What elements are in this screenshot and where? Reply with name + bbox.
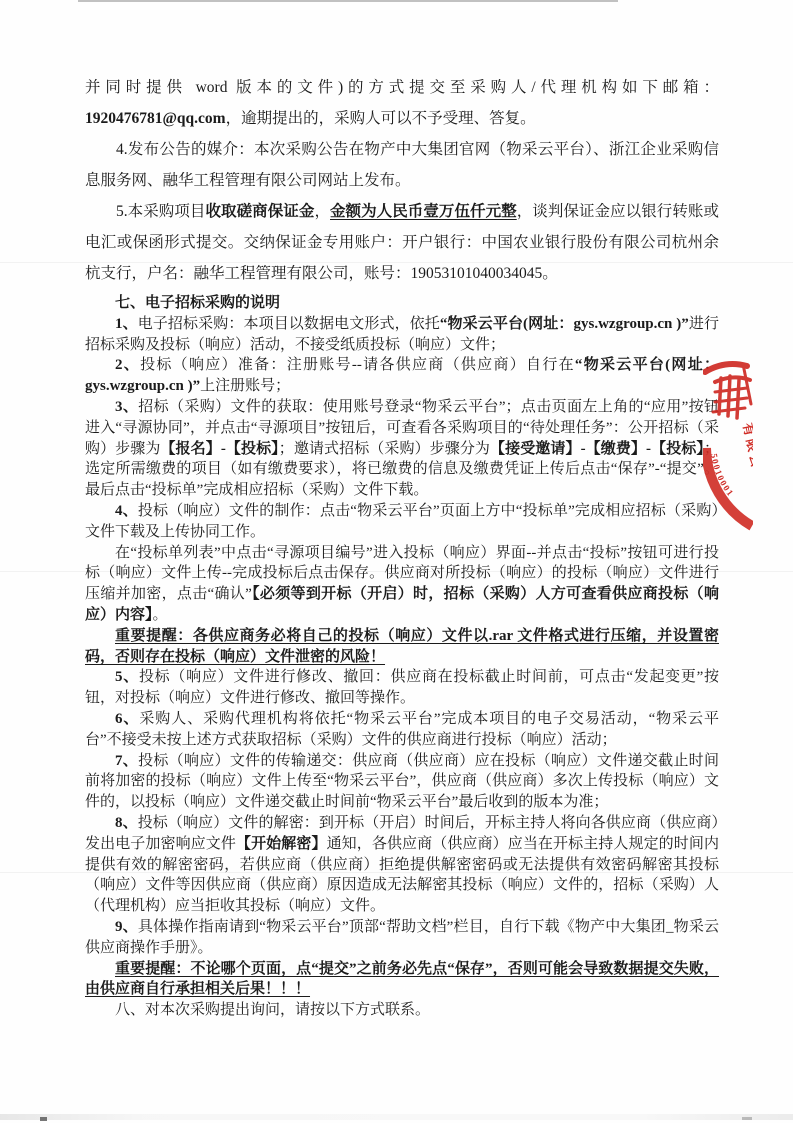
- text-run: 重要提醒：不论哪个页面，点“提交”之前务必先点“保存”，否则可能会导致数据提交失…: [85, 961, 719, 998]
- text-run: ，: [314, 203, 330, 220]
- scan-speck: [40, 1117, 47, 1121]
- text-run: 投标（响应）文件的传输递交：供应商（供应商）应在投标（响应）文件递交截止时间前将…: [85, 753, 719, 811]
- paragraph: 6、采购人、采购代理机构将依托“物采云平台”完成本项目的电子交易活动，“物采云平…: [85, 709, 719, 751]
- text-run: 上注册账号；: [200, 378, 290, 394]
- text-run: 3、: [115, 399, 138, 415]
- scan-artifact-top: [78, 0, 618, 2]
- paragraph: 8、投标（响应）文件的解密：到开标（开启）时间后，开标主持人将向各供应商（供应商…: [85, 813, 719, 917]
- paragraph: 1、电子招标采购：本项目以数据电文形式，依托“物采云平台(网址：gys.wzgr…: [85, 314, 719, 356]
- section-intro: 并同时提供 word 版本的文件)的方式提交至采购人/代理机构如下邮箱：1920…: [85, 72, 719, 289]
- text-run: 1、: [115, 316, 138, 332]
- text-run: 2、: [115, 357, 140, 373]
- text-run: 5、: [115, 669, 139, 685]
- scan-speck: [742, 1117, 752, 1120]
- text-run: 【报名】-【投标】: [160, 441, 278, 457]
- text-run: 投标（响应）文件的制作：点击“物采云平台”页面上方中“投标单”完成相应招标（采购…: [85, 503, 719, 540]
- paragraph: 在“投标单列表”中点击“寻源项目编号”进入投标（响应）界面--并点击“投标”按钮…: [85, 543, 719, 626]
- text-run: 收取磋商保证金: [206, 203, 315, 220]
- text-run: 金额为人民币壹万伍仟元整: [330, 203, 517, 220]
- paragraph: 3、招标（采购）文件的获取：使用账号登录“物采云平台”；点击页面左上角的“应用”…: [85, 397, 719, 501]
- text-run: 重要提醒：各供应商务必将自己的投标（响应）文件以.rar 文件格式进行压缩，并设…: [85, 628, 719, 665]
- paragraph: 9、具体操作指南请到“物采云平台”顶部“帮助文档”栏目，自行下载《物产中大集团_…: [85, 917, 719, 959]
- text-run: 8、: [115, 815, 138, 831]
- text-run: 1920476781@qq.com: [85, 110, 226, 127]
- seal-text-fragment: 有限公司: [740, 422, 753, 488]
- section-electronic-bidding: 七、电子招标采购的说明1、电子招标采购：本项目以数据电文形式，依托“物采云平台(…: [85, 293, 719, 1021]
- paragraph: 5、投标（响应）文件进行修改、撤回：供应商在投标截止时间前，可点击“发起变更”按…: [85, 667, 719, 709]
- text-run: 七、电子招标采购的说明: [115, 295, 280, 311]
- text-run: 【开始解密】: [236, 836, 327, 852]
- paragraph: 并同时提供 word 版本的文件)的方式提交至采购人/代理机构如下邮箱：1920…: [85, 72, 719, 134]
- text-run: 电子招标采购：本项目以数据电文形式，依托: [138, 316, 440, 332]
- paragraph: 七、电子招标采购的说明: [85, 293, 719, 314]
- text-run: 4.发布公告的媒介：本次采购公告在物产中大集团官网（物采云平台）、浙江企业采购信…: [85, 141, 719, 189]
- paragraph: 重要提醒：各供应商务必将自己的投标（响应）文件以.rar 文件格式进行压缩，并设…: [85, 626, 719, 668]
- text-run: 投标（响应）准备：注册账号--请各供应商（供应商）自行在: [140, 357, 575, 373]
- paragraph: 2、投标（响应）准备：注册账号--请各供应商（供应商）自行在“物采云平台(网址：…: [85, 355, 719, 397]
- paragraph: 4、投标（响应）文件的制作：点击“物采云平台”页面上方中“投标单”完成相应招标（…: [85, 501, 719, 543]
- document-body: 并同时提供 word 版本的文件)的方式提交至采购人/代理机构如下邮箱：1920…: [85, 72, 719, 1021]
- text-run: 并同时提供 word 版本的文件)的方式提交至采购人/代理机构如下邮箱：: [85, 79, 719, 96]
- text-run: 采购人、采购代理机构将依托“物采云平台”完成本项目的电子交易活动，“物采云平台”…: [85, 711, 719, 748]
- paragraph: 7、投标（响应）文件的传输递交：供应商（供应商）应在投标（响应）文件递交截止时间…: [85, 751, 719, 813]
- text-run: 具体操作指南请到“物采云平台”顶部“帮助文档”栏目，自行下载《物产中大集团_物采…: [85, 919, 719, 956]
- text-run: 。: [153, 607, 168, 623]
- paragraph: 重要提醒：不论哪个页面，点“提交”之前务必先点“保存”，否则可能会导致数据提交失…: [85, 959, 719, 1001]
- text-run: “物采云平台(网址：gys.wzgroup.cn )”: [440, 316, 689, 332]
- document-page: 并同时提供 word 版本的文件)的方式提交至采购人/代理机构如下邮箱：1920…: [0, 0, 793, 1123]
- text-run: 7、: [115, 753, 138, 769]
- text-run: 9、: [115, 919, 138, 935]
- text-run: 4、: [115, 503, 138, 519]
- text-run: 八、对本次采购提出询问，请按以下方式联系。: [115, 1002, 430, 1018]
- paragraph: 5.本采购项目收取磋商保证金，金额为人民币壹万伍仟元整，谈判保证金应以银行转账或…: [85, 196, 719, 289]
- text-run: ；邀请式招标（采购）步骤分为: [279, 441, 490, 457]
- text-run: 【接受邀请】-【缴费】-【投标】: [490, 441, 704, 457]
- text-run: 5.本采购项目: [116, 203, 206, 220]
- text-run: 投标（响应）文件进行修改、撤回：供应商在投标截止时间前，可点击“发起变更”按钮，…: [85, 669, 719, 706]
- scan-artifact-bottom: [0, 1114, 793, 1120]
- text-run: ，逾期提出的，采购人可以不予受理、答复。: [226, 110, 536, 127]
- text-run: 6、: [115, 711, 139, 727]
- paragraph: 4.发布公告的媒介：本次采购公告在物产中大集团官网（物采云平台）、浙江企业采购信…: [85, 134, 719, 196]
- paragraph: 八、对本次采购提出询问，请按以下方式联系。: [85, 1000, 719, 1021]
